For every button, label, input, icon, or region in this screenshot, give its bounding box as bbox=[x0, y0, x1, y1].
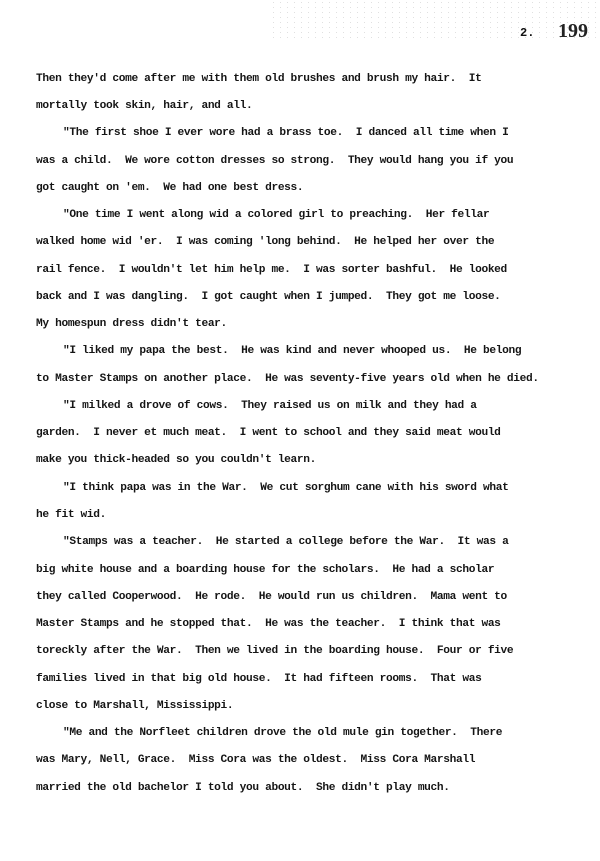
text-line: walked home wid 'er. I was coming 'long … bbox=[36, 235, 494, 249]
text-line: toreckly after the War. Then we lived in… bbox=[36, 644, 513, 658]
text-line: "The first shoe I ever wore had a brass … bbox=[63, 126, 508, 140]
text-line: My homespun dress didn't tear. bbox=[36, 317, 227, 331]
text-line: families lived in that big old house. It… bbox=[36, 672, 481, 686]
text-line: Master Stamps and he stopped that. He wa… bbox=[36, 617, 501, 631]
page-number: 199 bbox=[558, 20, 588, 43]
text-line: "I milked a drove of cows. They raised u… bbox=[63, 399, 477, 413]
text-line: "I think papa was in the War. We cut sor… bbox=[63, 481, 508, 495]
text-line: mortally took skin, hair, and all. bbox=[36, 99, 252, 113]
text-line: garden. I never et much meat. I went to … bbox=[36, 426, 501, 440]
page-header: 2. 199 bbox=[0, 18, 600, 48]
text-line: he fit wid. bbox=[36, 508, 106, 522]
text-line: Then they'd come after me with them old … bbox=[36, 72, 481, 86]
text-line: back and I was dangling. I got caught wh… bbox=[36, 290, 501, 304]
text-line: big white house and a boarding house for… bbox=[36, 563, 494, 577]
text-line: was Mary, Nell, Grace. Miss Cora was the… bbox=[36, 753, 475, 767]
text-line: close to Marshall, Mississippi. bbox=[36, 699, 233, 713]
text-line: "Me and the Norfleet children drove the … bbox=[63, 726, 502, 740]
text-line: they called Cooperwood. He rode. He woul… bbox=[36, 590, 507, 604]
text-line: rail fence. I wouldn't let him help me. … bbox=[36, 263, 507, 277]
text-line: make you thick-headed so you couldn't le… bbox=[36, 453, 316, 467]
section-number: 2. bbox=[520, 26, 534, 40]
text-line: got caught on 'em. We had one best dress… bbox=[36, 181, 303, 195]
text-line: was a child. We wore cotton dresses so s… bbox=[36, 154, 513, 168]
text-line: "I liked my papa the best. He was kind a… bbox=[63, 344, 521, 358]
text-line: to Master Stamps on another place. He wa… bbox=[36, 372, 539, 386]
text-line: "Stamps was a teacher. He started a coll… bbox=[63, 535, 508, 549]
text-line: married the old bachelor I told you abou… bbox=[36, 781, 450, 795]
text-line: "One time I went along wid a colored gir… bbox=[63, 208, 489, 222]
